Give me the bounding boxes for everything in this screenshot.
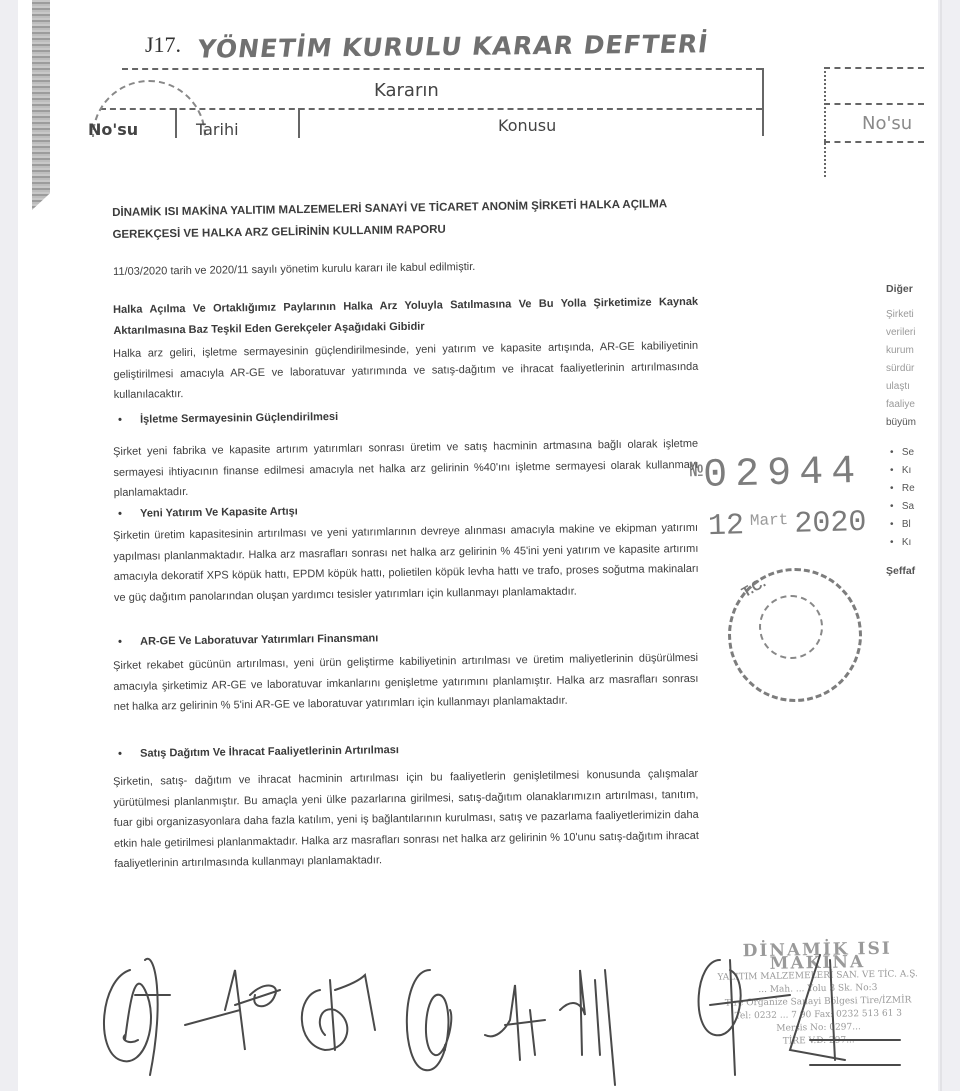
seal-emblem-icon: [759, 595, 823, 659]
header-col-divider-2: [298, 108, 300, 138]
signature-3-icon: [302, 975, 375, 1050]
signature-7-icon: [699, 955, 900, 1075]
header-rule-right: [762, 68, 764, 136]
side-bullet: • Kı: [886, 462, 940, 480]
book-title: YÖNETİM KURULU KARAR DEFTERİ: [196, 29, 711, 63]
side-line: ulaştı: [886, 378, 940, 396]
signature-6-icon: [560, 970, 615, 1085]
section-text-working-capital: Şirket yeni fabrika ve kapasite artırım …: [113, 434, 699, 504]
signatures: [90, 940, 940, 1090]
adjacent-page-column: Diğer Şirketi verileri kurum sürdür ulaş…: [886, 280, 940, 588]
right-box-rule-left: [824, 67, 826, 177]
side-line: faaliye: [886, 396, 940, 414]
side-bullet: • Se: [886, 444, 940, 462]
bullet-icon: •: [118, 636, 140, 648]
bullet-icon: •: [118, 748, 140, 760]
signature-1-icon: [104, 959, 170, 1075]
intro-heading: Halka Açılma Ve Ortaklığımız Paylarının …: [113, 292, 699, 341]
intro-text: Halka arz geliri, işletme sermayesinin g…: [113, 336, 699, 406]
side-heading: Diğer: [886, 280, 940, 298]
side-bullet: • Bl: [886, 516, 940, 534]
right-box-rule-bottom: [824, 141, 924, 143]
side-line: verileri: [886, 324, 940, 342]
section-text-new-investment: Şirketin üretim kapasitesinin artırılmas…: [113, 518, 699, 608]
right-box-rule-top: [824, 67, 924, 69]
side-line: Şirketi: [886, 306, 940, 324]
section-heading-new-investment: •Yeni Yatırım Ve Kapasite Artışı: [118, 505, 298, 520]
side-line: sürdür: [886, 360, 940, 378]
viewer-edge: [940, 0, 960, 1091]
header-rule-top: [122, 68, 762, 70]
page-number: J17.: [145, 32, 181, 58]
no-label: No'su: [88, 120, 138, 139]
bullet-icon: •: [118, 414, 140, 426]
notary-seal: T.C.: [728, 568, 862, 702]
side-line: büyüm: [886, 414, 940, 432]
decision-label: Kararın: [374, 80, 439, 101]
notary-number-stamp: №02944: [689, 450, 863, 500]
side-footer: Şeffaf: [886, 562, 940, 580]
side-bullet: • Re: [886, 480, 940, 498]
signature-2-icon: [185, 970, 280, 1050]
right-box-rule-mid: [824, 103, 924, 105]
signature-4-icon: [407, 970, 451, 1070]
bullet-icon: •: [118, 508, 140, 520]
side-bullet: • Sa: [886, 498, 940, 516]
side-bullet: • Kı: [886, 534, 940, 552]
binding-strip: [32, 0, 50, 210]
notary-date-stamp: 12Mart2020: [708, 506, 867, 544]
side-line: kurum: [886, 342, 940, 360]
signature-5-icon: [485, 985, 545, 1060]
right-no-label: No'su: [862, 113, 912, 134]
date-label: Tarihi: [196, 120, 239, 139]
section-text-sales-export: Şirketin, satış- dağıtım ve ihracat hacm…: [113, 764, 699, 875]
section-text-rnd: Şirket rekabet gücünün artırılması, yeni…: [113, 648, 699, 718]
subject-label: Konusu: [498, 116, 556, 135]
report-title: DİNAMİK ISI MAKİNA YALITIM MALZEMELERİ S…: [112, 193, 703, 246]
